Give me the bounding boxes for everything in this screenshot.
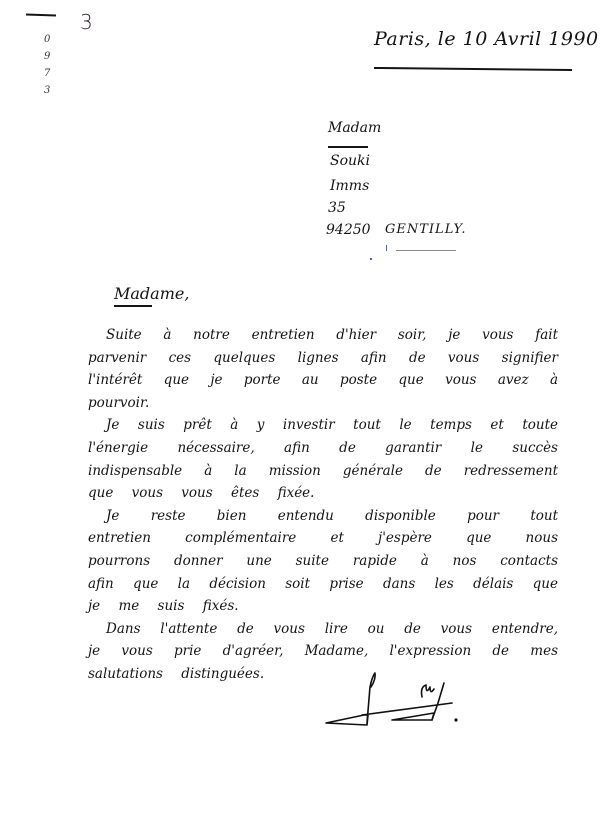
recipient-city: GENTILLY. — [385, 222, 467, 237]
recipient-postcode: 94250 — [326, 222, 371, 238]
signature — [322, 665, 472, 730]
recipient-line: Imms — [330, 178, 369, 194]
letter-body: Suite à notre entretien d'hier soir, je … — [88, 324, 558, 686]
ink-speck — [386, 245, 387, 251]
salutation: Madame, — [114, 284, 189, 303]
date-underline — [374, 67, 572, 71]
recipient-name: Madam — [328, 120, 381, 136]
reference-digits: 0 9 7 3 — [44, 31, 50, 99]
reference-digit: 0 — [44, 31, 50, 48]
signature-icon — [322, 665, 472, 730]
ink-speck — [370, 258, 372, 260]
page-number: 3 — [80, 10, 93, 34]
recipient-name-underline — [328, 146, 368, 148]
reference-digit: 7 — [44, 65, 50, 82]
reference-digit: 9 — [44, 48, 50, 65]
body-paragraph: Je suis prêt à y investir tout le temps … — [88, 414, 558, 504]
address-underline — [396, 250, 456, 251]
body-paragraph: Suite à notre entretien d'hier soir, je … — [88, 324, 558, 414]
date-line: Paris, le 10 Avril 1990 — [374, 28, 599, 50]
body-paragraph: Je reste bien entendu disponible pour to… — [88, 505, 558, 618]
salutation-underline — [114, 305, 152, 307]
margin-dash — [26, 13, 56, 16]
recipient-line: Souki — [330, 153, 370, 169]
reference-digit: 3 — [44, 82, 50, 99]
recipient-street-number: 35 — [328, 200, 346, 216]
